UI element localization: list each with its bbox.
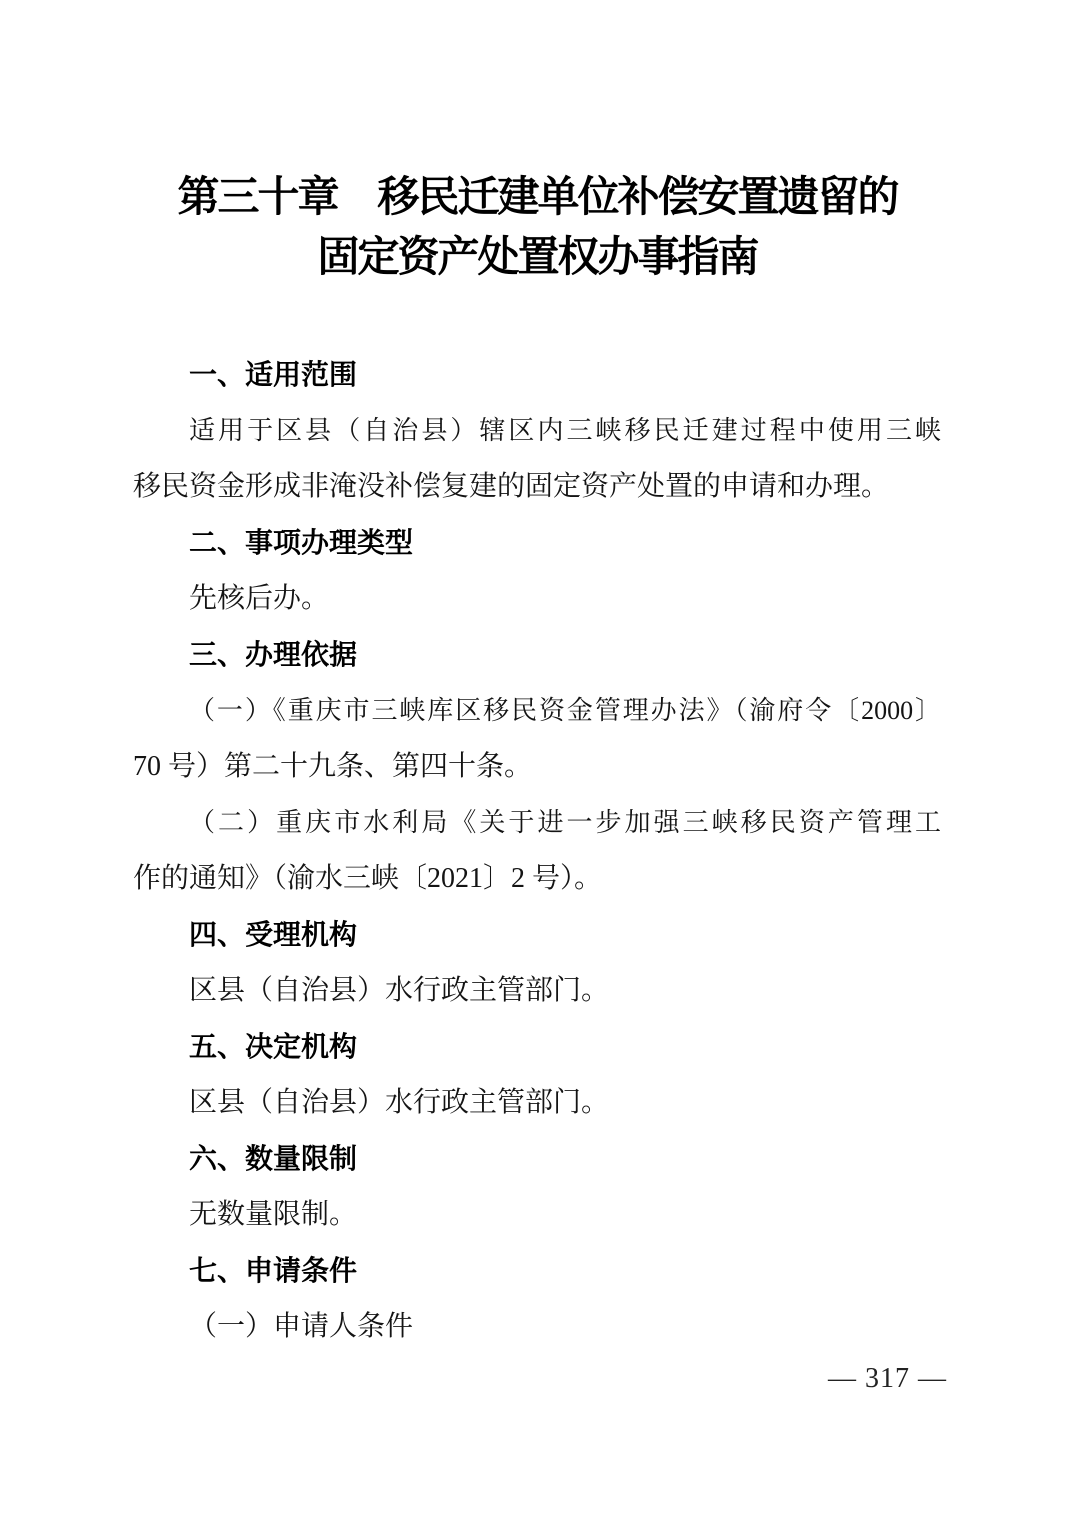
section-heading-2: 二、事项办理类型 bbox=[133, 515, 941, 571]
body-line: 适用于区县（自治县）辖区内三峡移民迁建过程中使用三峡 bbox=[133, 403, 941, 459]
section-heading-6: 六、数量限制 bbox=[133, 1131, 941, 1187]
body-line: 先核后办。 bbox=[133, 571, 941, 627]
body-line: 区县（自治县）水行政主管部门。 bbox=[133, 963, 941, 1019]
body-line: 70 号）第二十九条、第四十条。 bbox=[133, 739, 941, 795]
document-page: 第三十章 移民迁建单位补偿安置遗留的 固定资产处置权办事指南 一、适用范围 适用… bbox=[0, 0, 1075, 1519]
chapter-title: 第三十章 移民迁建单位补偿安置遗留的 固定资产处置权办事指南 bbox=[0, 168, 1075, 288]
body-line: 无数量限制。 bbox=[133, 1187, 941, 1243]
body-line: （一）申请人条件 bbox=[133, 1299, 941, 1355]
body-line: 作的通知》（渝水三峡〔2021〕2 号）。 bbox=[133, 851, 941, 907]
section-heading-4: 四、受理机构 bbox=[133, 907, 941, 963]
chapter-title-line1: 第三十章 移民迁建单位补偿安置遗留的 bbox=[0, 168, 1075, 228]
section-heading-5: 五、决定机构 bbox=[133, 1019, 941, 1075]
body-line: 移民资金形成非淹没补偿复建的固定资产处置的申请和办理。 bbox=[133, 459, 941, 515]
body-line: 区县（自治县）水行政主管部门。 bbox=[133, 1075, 941, 1131]
section-heading-7: 七、申请条件 bbox=[133, 1243, 941, 1299]
section-heading-3: 三、办理依据 bbox=[133, 627, 941, 683]
section-heading-1: 一、适用范围 bbox=[133, 347, 941, 403]
document-body: 一、适用范围 适用于区县（自治县）辖区内三峡移民迁建过程中使用三峡 移民资金形成… bbox=[133, 347, 941, 1355]
chapter-title-line2: 固定资产处置权办事指南 bbox=[0, 228, 1075, 288]
page-number: — 317 — bbox=[828, 1362, 947, 1396]
body-line: （二）重庆市水利局《关于进一步加强三峡移民资产管理工 bbox=[133, 795, 941, 851]
body-line: （一）《重庆市三峡库区移民资金管理办法》（渝府令〔2000〕 bbox=[133, 683, 941, 739]
